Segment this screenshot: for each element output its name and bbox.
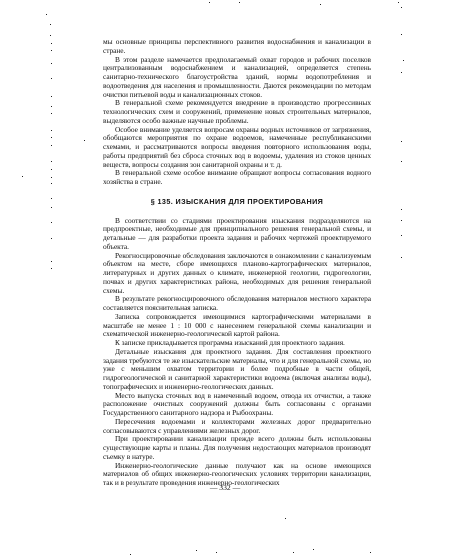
paragraph: В этом разделе намечается предполагаемый… xyxy=(103,56,371,100)
document-page: мы основные принципы перспективного разв… xyxy=(0,0,450,556)
paragraph: В генеральной схеме особое внимание обра… xyxy=(103,169,371,187)
page-number: — 332 — xyxy=(0,483,450,492)
paragraph: Рекогносцировочные обследования заключаю… xyxy=(103,252,371,296)
section-heading: § 135. ИЗЫСКАНИЯ ДЛЯ ПРОЕКТИРОВАНИЯ xyxy=(103,198,371,207)
paragraph: В соответствии со стадиями проектировани… xyxy=(103,217,371,252)
paragraph: Записка сопровождается имеющимися картог… xyxy=(103,313,371,339)
paragraph: Особое внимание уделяется вопросам охран… xyxy=(103,126,371,170)
paragraph: Место выпуска сточных вод в намеченный в… xyxy=(103,392,371,418)
paragraph: Пересечения водоемами и коллекторами жел… xyxy=(103,418,371,436)
paragraph: При проектировании канализации прежде вс… xyxy=(103,435,371,461)
body-text: мы основные принципы перспективного разв… xyxy=(103,38,371,488)
paragraph: Детальные изыскания для проектного задан… xyxy=(103,348,371,392)
paragraph: В результате рекогносцировочного обследо… xyxy=(103,295,371,313)
paragraph: мы основные принципы перспективного разв… xyxy=(103,38,371,56)
paragraph: В генеральной схеме рекомендуется внедре… xyxy=(103,99,371,125)
